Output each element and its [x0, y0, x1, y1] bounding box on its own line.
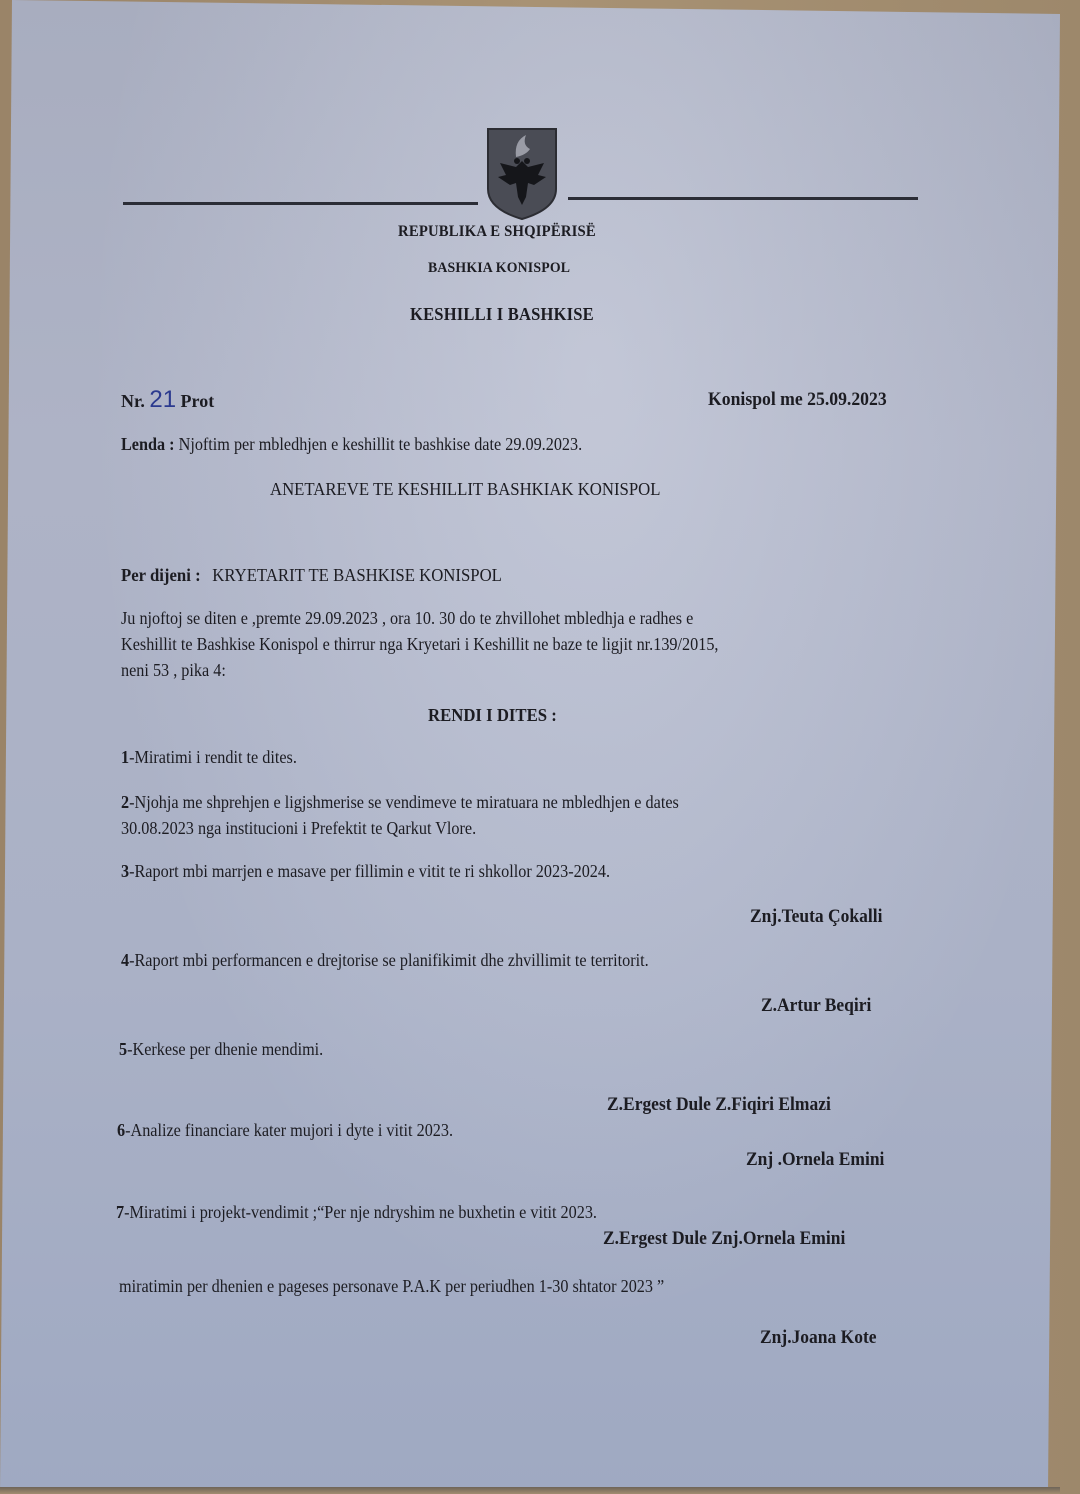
- agenda-item-number: 3: [121, 861, 129, 881]
- agenda-item-number: 5: [119, 1039, 127, 1059]
- prot-label: Prot: [181, 391, 215, 411]
- addressee: ANETAREVE TE KESHILLIT BASHKIAK KONISPOL: [270, 479, 660, 500]
- header-municipality: BASHKIA KONISPOL: [428, 260, 570, 277]
- reference-number: Nr. 21 Prot: [121, 386, 214, 414]
- subject-line: Lenda : Njoftim per mbledhjen e keshilli…: [121, 434, 582, 455]
- agenda-item-2: 2-Njohja me shprehjen e ligjshmerise se …: [121, 792, 679, 813]
- agenda-item-text: -Raport mbi marrjen e masave per fillimi…: [129, 861, 610, 881]
- subject-label: Lenda :: [121, 434, 175, 454]
- agenda-item-5: 5-Kerkese per dhenie mendimi.: [119, 1039, 323, 1060]
- agenda-title: RENDI I DITES :: [428, 705, 557, 726]
- agenda-item-4: 4-Raport mbi performancen e drejtorise s…: [121, 950, 649, 971]
- agenda-item-2-line-2: 30.08.2023 nga institucioni i Prefektit …: [121, 818, 476, 839]
- agenda-item-3: 3-Raport mbi marrjen e masave per fillim…: [121, 861, 610, 882]
- header-rule-right: [568, 197, 918, 200]
- agenda-item-4-presenter: Z.Artur Beqiri: [761, 995, 871, 1017]
- agenda-item-text: -Raport mbi performancen e drejtorise se…: [129, 950, 649, 970]
- agenda-item-text: -Miratimi i rendit te dites.: [129, 747, 297, 767]
- agenda-item-7-line-2: miratimin per dhenien e pageses personav…: [119, 1276, 664, 1297]
- cc-label: Per dijeni :: [121, 565, 201, 585]
- agenda-item-7: 7-Miratimi i projekt-vendimit ;“Per nje …: [116, 1202, 597, 1223]
- nr-label: Nr.: [121, 391, 145, 411]
- agenda-item-number: 4: [121, 950, 129, 970]
- agenda-item-1: 1-Miratimi i rendit te dites.: [121, 747, 297, 768]
- agenda-item-7-presenter-2: Znj.Joana Kote: [760, 1327, 877, 1349]
- subject-text: Njoftim per mbledhjen e keshillit te bas…: [179, 434, 583, 454]
- agenda-item-7-presenters: Z.Ergest Dule Znj.Ornela Emini: [603, 1228, 845, 1250]
- agenda-item-6: 6-Analize financiare kater mujori i dyte…: [117, 1120, 453, 1141]
- agenda-item-5-presenters: Z.Ergest Dule Z.Fiqiri Elmazi: [607, 1094, 831, 1116]
- nr-handwritten: 21: [149, 386, 176, 413]
- document-page: REPUBLIKA E SHQIPËRISË BASHKIA KONISPOL …: [0, 0, 1080, 1494]
- header-council: KESHILLI I BASHKISE: [410, 304, 594, 325]
- agenda-item-number: 7: [116, 1202, 124, 1222]
- cc-line: Per dijeni : KRYETARIT TE BASHKISE KONIS…: [121, 565, 502, 586]
- place-date: Konispol me 25.09.2023: [708, 389, 887, 411]
- agenda-item-number: 2: [121, 792, 129, 812]
- agenda-item-text: -Njohja me shprehjen e ligjshmerise se v…: [129, 792, 679, 812]
- cc-text: KRYETARIT TE BASHKISE KONISPOL: [212, 565, 502, 585]
- agenda-item-number: 6: [117, 1120, 125, 1140]
- intro-line-3: neni 53 , pika 4:: [121, 660, 226, 681]
- header-republic: REPUBLIKA E SHQIPËRISË: [398, 223, 596, 241]
- agenda-item-text: -Analize financiare kater mujori i dyte …: [125, 1120, 453, 1140]
- agenda-item-6-presenter: Znj .Ornela Emini: [746, 1149, 884, 1171]
- intro-line-1: Ju njoftoj se diten e ,premte 29.09.2023…: [121, 608, 693, 629]
- agenda-item-number: 1: [121, 747, 129, 767]
- albania-coat-of-arms-icon: [486, 127, 558, 220]
- agenda-item-text: -Kerkese per dhenie mendimi.: [127, 1039, 323, 1059]
- paper-bottom-edge: [0, 1487, 1060, 1494]
- agenda-item-3-presenter: Znj.Teuta Çokalli: [750, 906, 882, 928]
- agenda-item-text: -Miratimi i projekt-vendimit ;“Per nje n…: [124, 1202, 597, 1222]
- header-rule-left: [123, 202, 478, 205]
- intro-line-2: Keshillit te Bashkise Konispol e thirrur…: [121, 634, 718, 655]
